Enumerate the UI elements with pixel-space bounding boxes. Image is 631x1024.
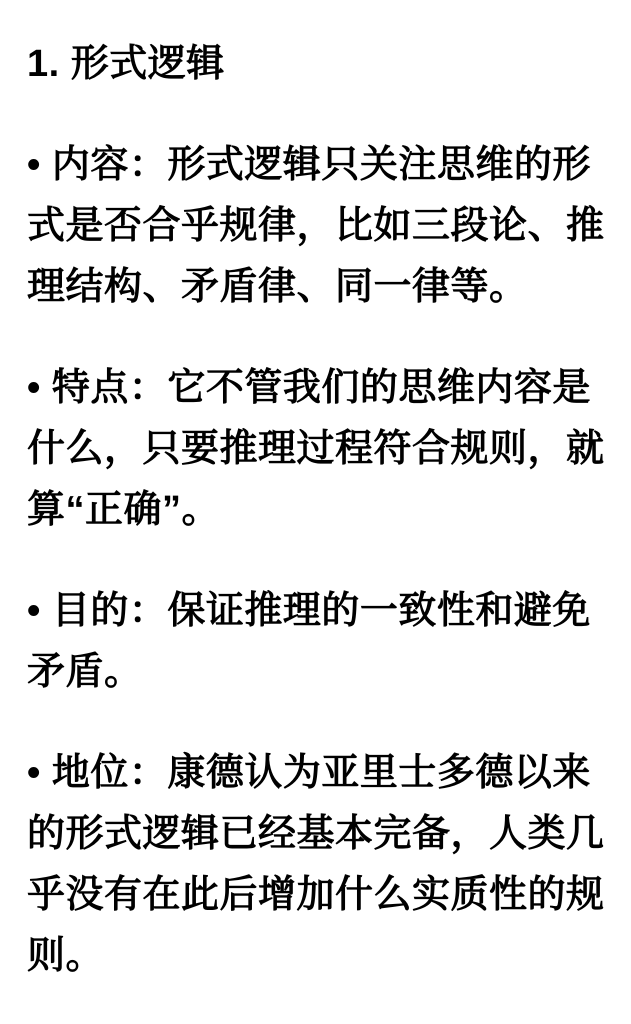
text-line: 则。 [27, 926, 603, 987]
text-line: 的形式逻辑已经基本完备，人类几 [27, 804, 603, 865]
text-line: 乎没有在此后增加什么实质性的规 [27, 865, 603, 926]
section-title: 1. 形式逻辑 [27, 34, 603, 95]
bullet-paragraph-status: • 地位：康德认为亚里士多德以来 的形式逻辑已经基本完备，人类几 乎没有在此后增… [27, 743, 603, 987]
bullet-paragraph-feature: • 特点：它不管我们的思维内容是 什么，只要推理过程符合规则，就 算“正确”。 [27, 358, 603, 541]
bullet-paragraph-content: • 内容：形式逻辑只关注思维的形 式是否合乎规律，比如三段论、推 理结构、矛盾律… [27, 135, 603, 318]
text-line: • 目的：保证推理的一致性和避免 [27, 581, 603, 642]
text-line: • 内容：形式逻辑只关注思维的形 [27, 135, 603, 196]
text-line: 式是否合乎规律，比如三段论、推 [27, 196, 603, 257]
text-line: • 特点：它不管我们的思维内容是 [27, 358, 603, 419]
document-page: 1. 形式逻辑 • 内容：形式逻辑只关注思维的形 式是否合乎规律，比如三段论、推… [0, 0, 631, 1024]
bullet-paragraph-purpose: • 目的：保证推理的一致性和避免 矛盾。 [27, 581, 603, 703]
text-line: • 地位：康德认为亚里士多德以来 [27, 743, 603, 804]
text-line: 什么，只要推理过程符合规则，就 [27, 419, 603, 480]
text-line: 算“正确”。 [27, 480, 603, 541]
text-line: 理结构、矛盾律、同一律等。 [27, 257, 603, 318]
text-line: 矛盾。 [27, 642, 603, 703]
